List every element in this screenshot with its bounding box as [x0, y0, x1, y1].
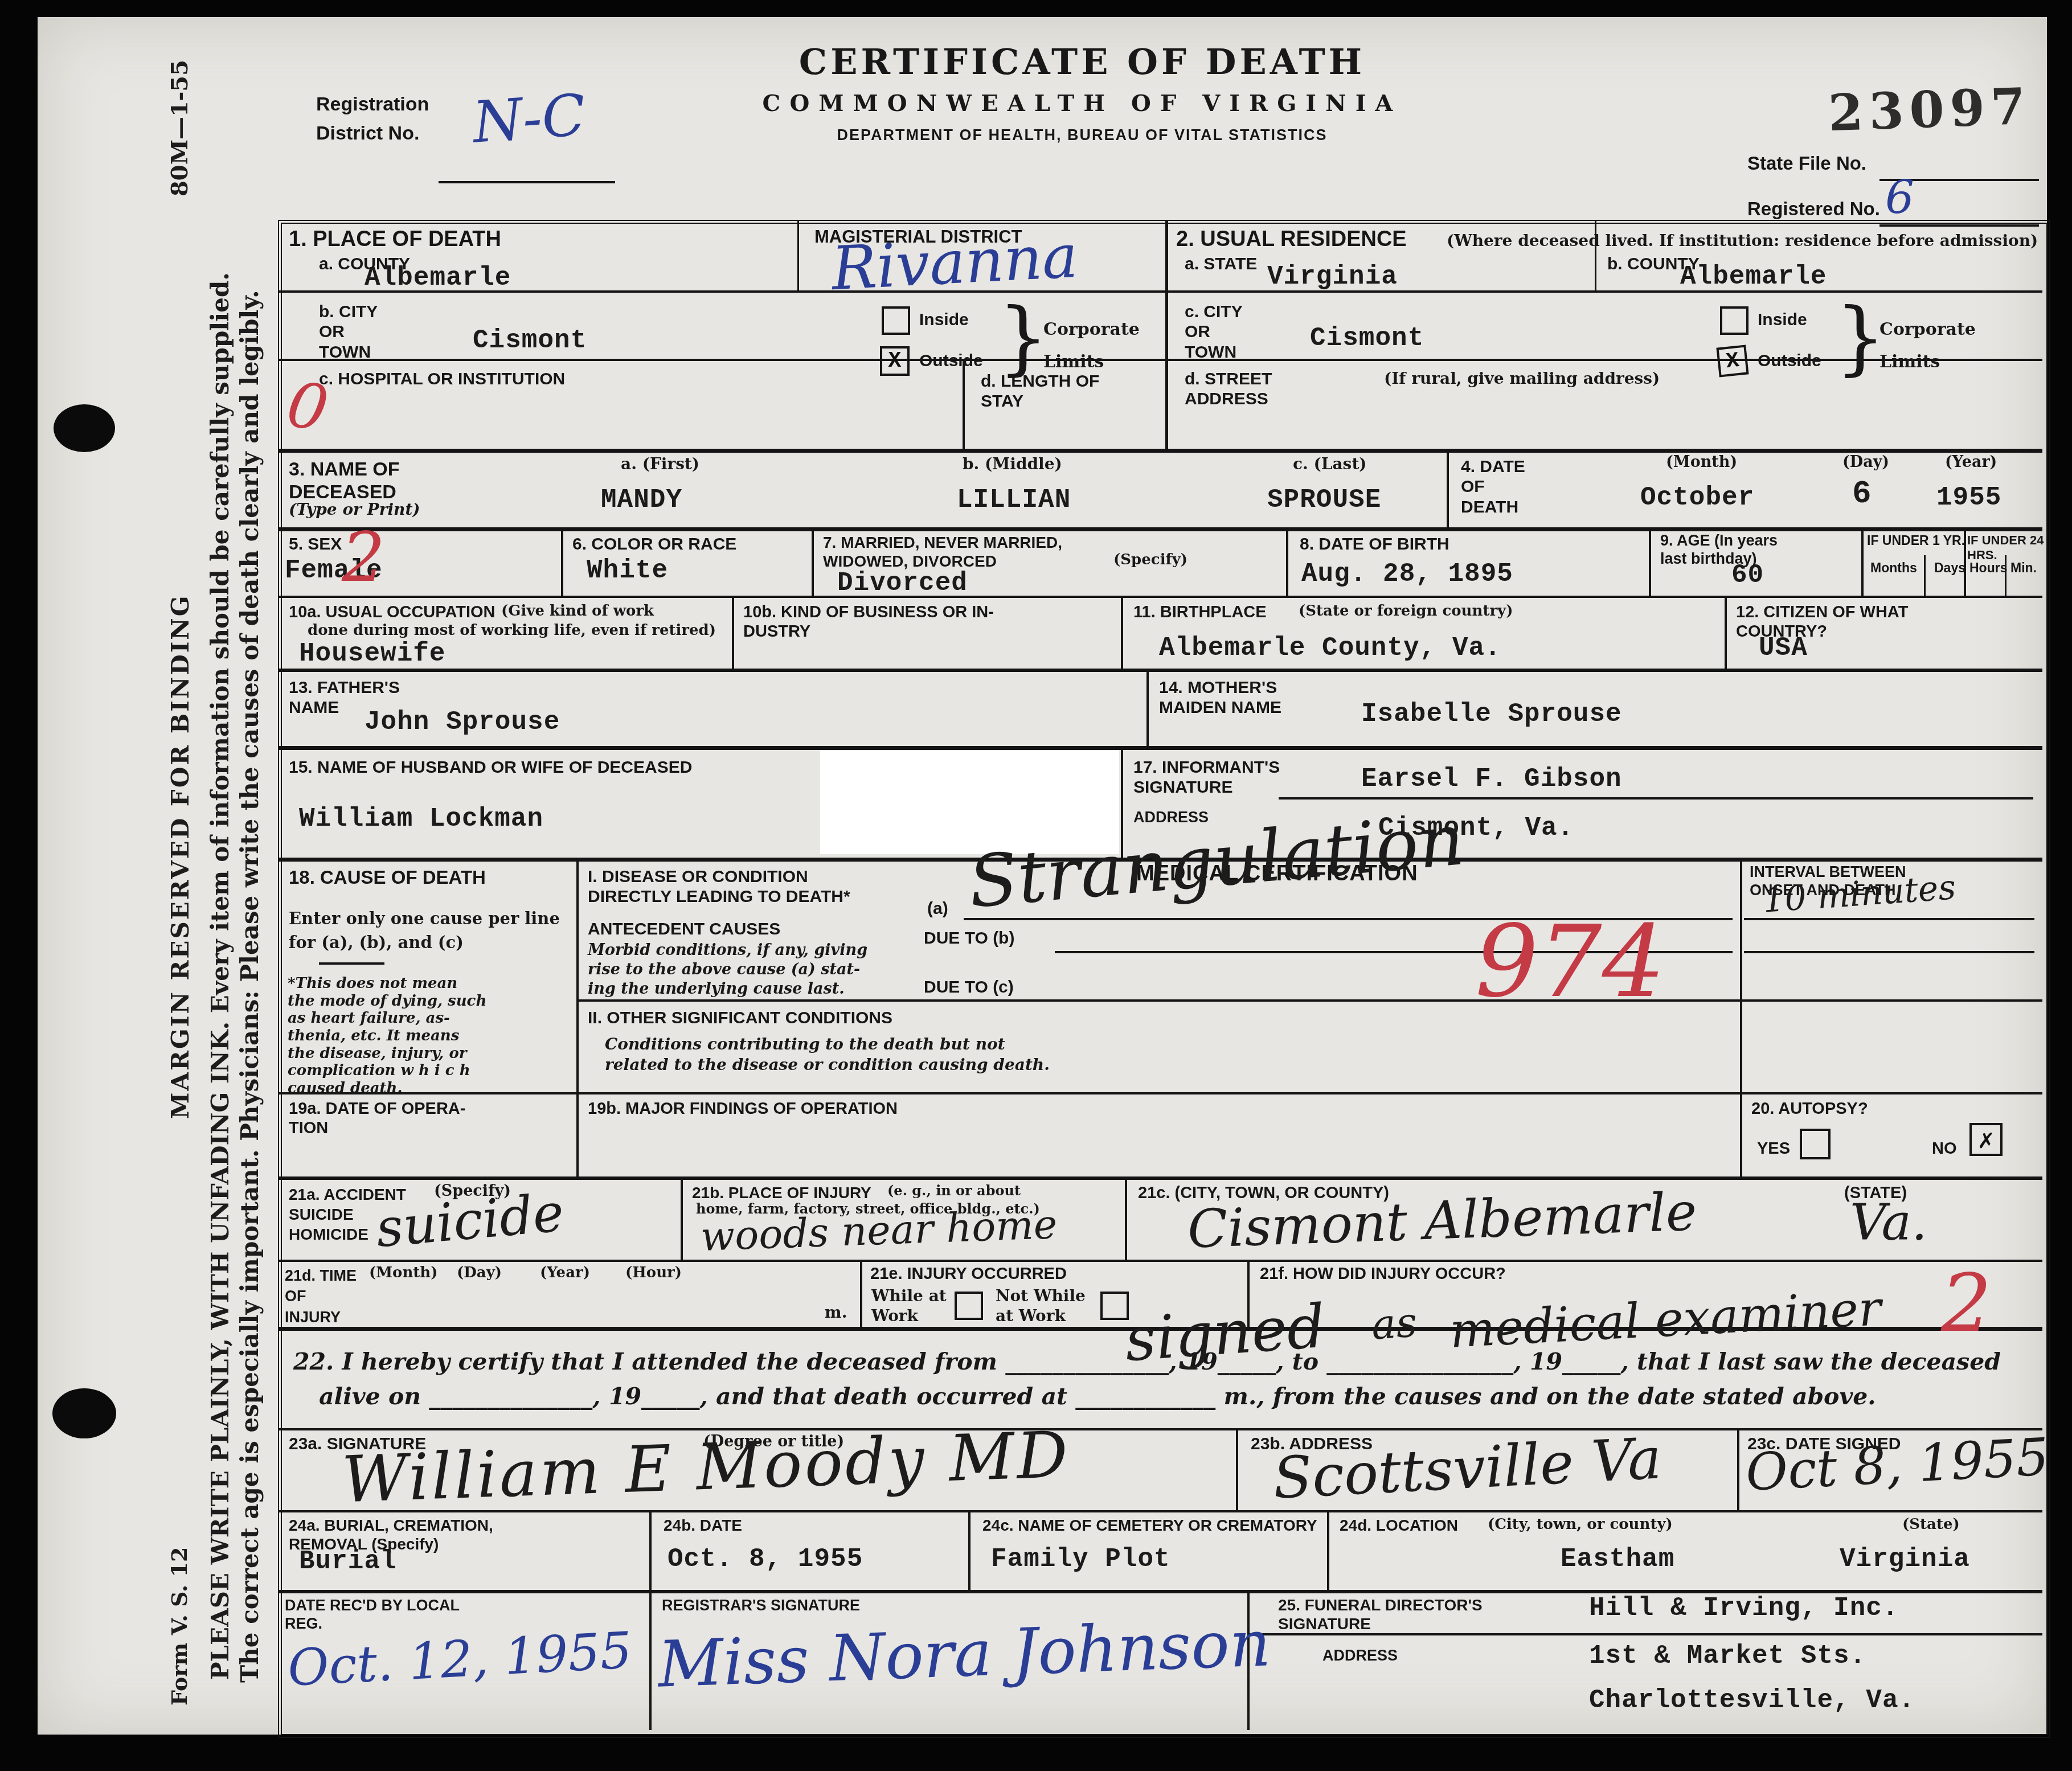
injury-state-value: Va. [1850, 1193, 1927, 1252]
under-24hrs-min-label: Min. [2010, 560, 2037, 576]
cemetery-value: Family Plot [991, 1544, 1170, 1574]
cause-note-two: *This does not mean the mode of dying, s… [288, 975, 486, 1097]
morbid-conditions-note: Morbid conditions, if any, giving rise t… [588, 941, 867, 998]
burial-date-value: Oct. 8, 1955 [668, 1544, 863, 1574]
first-name-value: MANDY [601, 485, 682, 515]
registered-no-label: Registered No. [1747, 198, 1880, 220]
toi-month-label: (Month) [369, 1264, 438, 1281]
birthplace-label: 11. BIRTHPLACE [1133, 602, 1267, 622]
residence-state-value: Virginia [1267, 262, 1398, 292]
residence-state-label: a. STATE [1185, 254, 1257, 274]
type-or-print-label: (Type or Print) [289, 500, 420, 519]
injury-red-mark: 2 [1941, 1257, 1992, 1350]
residence-city-label: c. CITY OR TOWN [1185, 302, 1243, 362]
marital-status-value: Divorced [837, 568, 968, 598]
under-24hrs-hours-label: Hours [1969, 560, 2007, 576]
hospital-label: c. HOSPITAL OR INSTITUTION [319, 369, 565, 389]
occupation-paren2: done during most of working life, even i… [308, 622, 716, 639]
residence-inside-checkbox [1720, 306, 1748, 335]
registrar-signature-label: REGISTRAR'S SIGNATURE [662, 1597, 860, 1615]
department-line: DEPARTMENT OF HEALTH, BUREAU OF VITAL ST… [712, 126, 1452, 145]
date-of-birth-label: 8. DATE OF BIRTH [1300, 534, 1449, 554]
autopsy-yes-checkbox [1800, 1129, 1831, 1159]
residence-inside-label: Inside [1758, 310, 1807, 330]
due-to-c-label: DUE TO (c) [924, 977, 1014, 997]
place-inside-checkbox [882, 306, 910, 335]
dod-day-label: (Day) [1842, 453, 1889, 471]
place-inside-label: Inside [919, 310, 969, 330]
residence-city-value: Cismont [1310, 323, 1424, 353]
residence-corporate-brace: } [1835, 292, 1886, 384]
toi-m-label: m. [825, 1303, 847, 1322]
color-race-label: 6. COLOR OR RACE [572, 534, 736, 554]
cemetery-label: 24c. NAME OF CEMETERY OR CREMATORY [982, 1516, 1317, 1535]
dod-month-label: (Month) [1666, 453, 1737, 471]
certify-hw-as: as [1370, 1298, 1419, 1348]
funeral-address-line2: Charlottesville, Va. [1589, 1686, 1915, 1715]
occupation-value: Housewife [299, 639, 445, 669]
color-race-value: White [587, 556, 668, 585]
not-while-at-work-label: Not While at Work [996, 1286, 1086, 1326]
certify-statement-line2: alive on ______________, 19_____, and th… [319, 1383, 2039, 1410]
birthplace-value: Albemarle County, Va. [1159, 633, 1501, 663]
file-number-stamp: 23097 [1827, 76, 2032, 142]
residence-county-value: Albemarle [1680, 262, 1827, 292]
funeral-director-label: 25. FUNERAL DIRECTOR'S SIGNATURE [1278, 1596, 1483, 1633]
birthplace-paren: (State or foreign country) [1299, 602, 1513, 620]
toi-day-label: (Day) [457, 1264, 502, 1281]
first-name-label: a. (First) [621, 454, 699, 473]
other-conditions-note: Conditions contributing to the death but… [605, 1034, 1050, 1076]
date-of-death-label: 4. DATE OF DEATH [1461, 457, 1525, 517]
margin-stock-number: 80M—1-55 [166, 60, 193, 196]
registered-no-value: 6 [1885, 171, 1914, 224]
place-corporate-brace: } [998, 292, 1049, 384]
scanned-death-certificate: { "ink": { "blue": "#2b3e96", "red": "#c… [0, 0, 2072, 1771]
certify-hw-signed: signed [1123, 1292, 1327, 1375]
sex-label: 5. SEX [289, 534, 342, 554]
mother-name-label: 14. MOTHER'S MAIDEN NAME [1159, 678, 1281, 718]
major-findings-label: 19b. MAJOR FINDINGS OF OPERATION [588, 1099, 898, 1118]
dod-year-label: (Year) [1945, 453, 1997, 471]
residence-outside-label: Outside [1758, 351, 1821, 371]
disease-condition-label: I. DISEASE OR CONDITION DIRECTLY LEADING… [588, 867, 850, 907]
margin-write-plainly-note: PLEASE WRITE PLAINLY, WITH UNFADING INK.… [206, 272, 234, 1680]
cause-a-label: (a) [927, 899, 948, 919]
time-of-injury-label: 21d. TIME OF INJURY [285, 1265, 357, 1327]
injury-occurred-label: 21e. INJURY OCCURRED [870, 1264, 1067, 1284]
residence-corporate-limits-label: Corporate Limits [1879, 313, 1976, 378]
residence-outside-checkbox: X [1716, 345, 1748, 377]
place-city-label: b. CITY OR TOWN [319, 302, 378, 362]
certificate-title: CERTIFICATE OF DEATH [712, 41, 1452, 83]
registration-district-value: N-C [470, 81, 587, 156]
under-1yr-label: IF UNDER 1 YR. [1867, 533, 1965, 548]
margin-age-note: The correct age is especially important.… [236, 290, 264, 1683]
street-address-paren: (If rural, give mailing address) [1384, 369, 1660, 388]
occupation-paren1: (Give kind of work [501, 602, 654, 620]
place-outside-checkbox: X [880, 346, 910, 376]
name-of-deceased-label: 3. NAME OF DECEASED [289, 458, 400, 503]
business-industry-label: 10b. KIND OF BUSINESS OR IN- DUSTRY [743, 602, 994, 641]
autopsy-no-label: NO [1932, 1139, 1957, 1158]
place-of-death-title: 1. PLACE OF DEATH [289, 227, 501, 252]
place-corporate-limits-label: Corporate Limits [1043, 313, 1140, 378]
autopsy-label: 20. AUTOPSY? [1751, 1099, 1868, 1118]
under-24hrs-label: IF UNDER 24 HRS. [1967, 533, 2072, 563]
toi-hour-label: (Hour) [625, 1264, 682, 1281]
husband-wife-label: 15. NAME OF HUSBAND OR WIFE OF DECEASED [289, 757, 692, 777]
father-name-value: John Sprouse [365, 707, 560, 737]
burial-location-paren: (City, town, or county) [1488, 1516, 1673, 1533]
last-name-value: SPROUSE [1267, 485, 1381, 515]
date-of-operation-label: 19a. DATE OF OPERA- TION [289, 1099, 465, 1138]
how-injury-occur-label: 21f. HOW DID INJURY OCCUR? [1260, 1264, 1506, 1284]
place-of-injury-paren1: (e. g., in or about [887, 1182, 1021, 1199]
autopsy-no-checkbox: ✗ [1969, 1123, 2003, 1156]
date-of-birth-value: Aug. 28, 1895 [1301, 559, 1513, 589]
magisterial-district-value: Rivanna [830, 222, 1079, 304]
place-city-value: Cismont [473, 326, 587, 355]
autopsy-yes-label: YES [1757, 1139, 1790, 1158]
citizen-value: USA [1759, 633, 1808, 663]
dod-day-value: 6 [1852, 475, 1872, 512]
funeral-address-label: ADDRESS [1322, 1647, 1398, 1665]
usual-residence-paren: (Where deceased lived. If institution: r… [1447, 231, 2038, 250]
burial-date-label: 24b. DATE [664, 1516, 742, 1535]
length-of-stay-label: d. LENGTH OF STAY [981, 371, 1099, 412]
burial-location-state-value: Virginia [1840, 1544, 1970, 1574]
other-significant-conditions-label: II. OTHER SIGNIFICANT CONDITIONS [588, 1008, 892, 1028]
last-name-label: c. (Last) [1293, 454, 1367, 473]
punch-hole-bottom [52, 1388, 116, 1438]
under-1yr-months-label: Months [1870, 560, 1917, 576]
marital-specify-label: (Specify) [1113, 551, 1187, 568]
burial-location-state-label: (State) [1902, 1516, 1960, 1533]
middle-name-value: LILLIAN [957, 485, 1071, 515]
commonwealth-subtitle: COMMONWEALTH OF VIRGINIA [712, 90, 1452, 117]
burial-location-label: 24d. LOCATION [1340, 1516, 1458, 1535]
red-code-number: 974 [1475, 904, 1665, 1020]
age-value: 60 [1731, 560, 1764, 590]
funeral-address-line1: 1st & Market Sts. [1589, 1641, 1866, 1671]
cause-note-one: Enter only one cause per line for (a), (… [289, 907, 560, 954]
under-1yr-days-label: Days [1934, 560, 1965, 576]
place-county-value: Albemarle [365, 263, 511, 293]
antecedent-causes-label: ANTECEDENT CAUSES [588, 919, 780, 939]
registration-district-label: Registration District No. [316, 90, 429, 148]
dod-month-value: October [1640, 483, 1754, 513]
sex-red-mark: 2 [342, 518, 385, 597]
state-file-label: State File No. [1747, 153, 1866, 175]
funeral-director-value: Hill & Irving, Inc. [1589, 1593, 1899, 1623]
usual-residence-title: 2. USUAL RESIDENCE [1176, 227, 1407, 252]
street-address-label: d. STREET ADDRESS [1185, 369, 1272, 409]
marital-status-label: 7. MARRIED, NEVER MARRIED, WIDOWED, DIVO… [823, 533, 1062, 571]
middle-name-label: b. (Middle) [963, 454, 1062, 473]
dod-year-value: 1955 [1936, 483, 2001, 513]
punch-hole-top [54, 404, 115, 452]
burial-value: Burial [299, 1547, 397, 1576]
mother-name-value: Isabelle Sprouse [1361, 699, 1622, 729]
date-received-label: DATE REC'D BY LOCAL REG. [285, 1597, 460, 1633]
husband-wife-value: William Lockman [299, 804, 543, 834]
toi-year-label: (Year) [540, 1264, 590, 1281]
due-to-b-label: DUE TO (b) [924, 928, 1014, 948]
while-at-work-label: While at Work [871, 1286, 947, 1326]
place-outside-label: Outside [919, 351, 983, 371]
while-at-work-checkbox [955, 1292, 983, 1320]
cause-of-death-label: 18. CAUSE OF DEATH [289, 867, 486, 889]
margin-form-number: Form V. S. 12 [166, 1547, 192, 1706]
informant-signature-value: Earsel F. Gibson [1361, 764, 1622, 794]
place-of-injury-label: 21b. PLACE OF INJURY [692, 1183, 871, 1202]
burial-location-value: Eastham [1561, 1544, 1674, 1574]
margin-reserved-note: MARGIN RESERVED FOR BINDING [166, 594, 194, 1119]
occupation-label: 10a. USUAL OCCUPATION [289, 602, 496, 622]
informant-signature-label: 17. INFORMANT'S SIGNATURE [1133, 757, 1280, 798]
